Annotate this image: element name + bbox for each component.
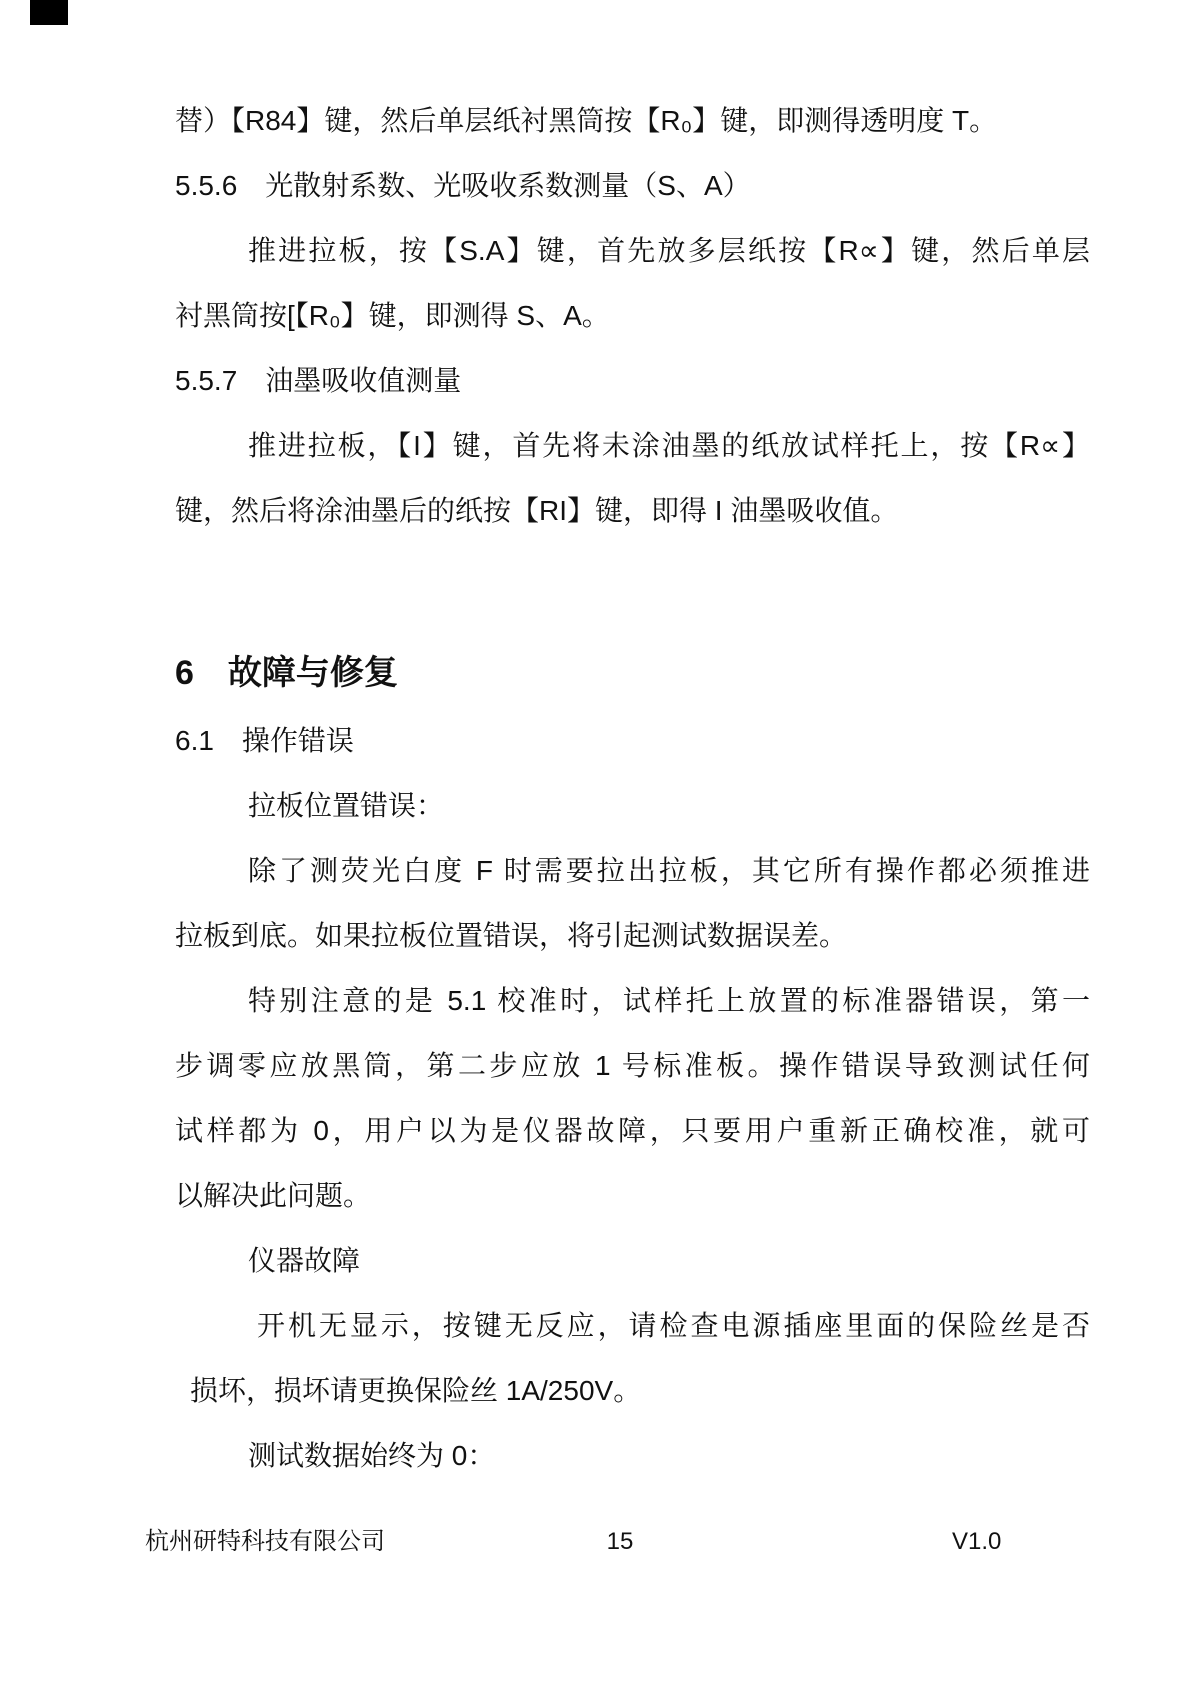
body-line: 特别注意的是 5.1 校准时，试样托上放置的标准器错误，第一 [175, 968, 1090, 1033]
scan-corner-mark [30, 0, 68, 25]
body-line: 仪器故障 [175, 1228, 1090, 1293]
section-heading: 6 故障与修复 [175, 638, 1090, 708]
subsection-title: 5.5.6 光散射系数、光吸收系数测量（S、A） [175, 153, 1090, 218]
body-line: 拉板到底。如果拉板位置错误，将引起测试数据误差。 [175, 903, 1090, 968]
body-line: 推进拉板，【I】键，首先将未涂油墨的纸放试样托上，按【R∝】 [175, 413, 1090, 478]
footer-company: 杭州研特科技有限公司 [145, 1522, 385, 1562]
document-content: 替）【R84】键，然后单层纸衬黑筒按【R₀】键，即测得透明度 T。 5.5.6 … [175, 88, 1090, 1488]
body-line: 测试数据始终为 0： [175, 1423, 1090, 1488]
body-line: 步调零应放黑筒，第二步应放 1 号标准板。操作错误导致测试任何 [175, 1033, 1090, 1098]
footer-version: V1.0 [952, 1522, 1001, 1562]
body-line: 替）【R84】键，然后单层纸衬黑筒按【R₀】键，即测得透明度 T。 [175, 88, 1090, 153]
body-line: 拉板位置错误： [175, 773, 1090, 838]
document-page: 替）【R84】键，然后单层纸衬黑筒按【R₀】键，即测得透明度 T。 5.5.6 … [0, 0, 1200, 1702]
body-line: 键，然后将涂油墨后的纸按【RI】键，即得 I 油墨吸收值。 [175, 478, 1090, 543]
body-line: 试样都为 0，用户以为是仪器故障，只要用户重新正确校准，就可 [175, 1098, 1090, 1163]
subsection-title: 6.1 操作错误 [175, 708, 1090, 773]
body-line: 推进拉板，按【S.A】键，首先放多层纸按【R∝】键，然后单层 [175, 218, 1090, 283]
body-line: 除了测荧光白度 F 时需要拉出拉板，其它所有操作都必须推进 [175, 838, 1090, 903]
body-line: 损坏，损坏请更换保险丝 1A/250V。 [175, 1358, 1090, 1423]
page-footer: 杭州研特科技有限公司 15 V1.0 [0, 1522, 1200, 1562]
footer-page-number: 15 [560, 1522, 680, 1562]
body-line: 以解决此问题。 [175, 1163, 1090, 1228]
body-line: 开机无显示，按键无反应，请检查电源插座里面的保险丝是否 [175, 1293, 1090, 1358]
subsection-title: 5.5.7 油墨吸收值测量 [175, 348, 1090, 413]
body-line: 衬黑筒按[【R₀】键，即测得 S、A。 [175, 283, 1090, 348]
